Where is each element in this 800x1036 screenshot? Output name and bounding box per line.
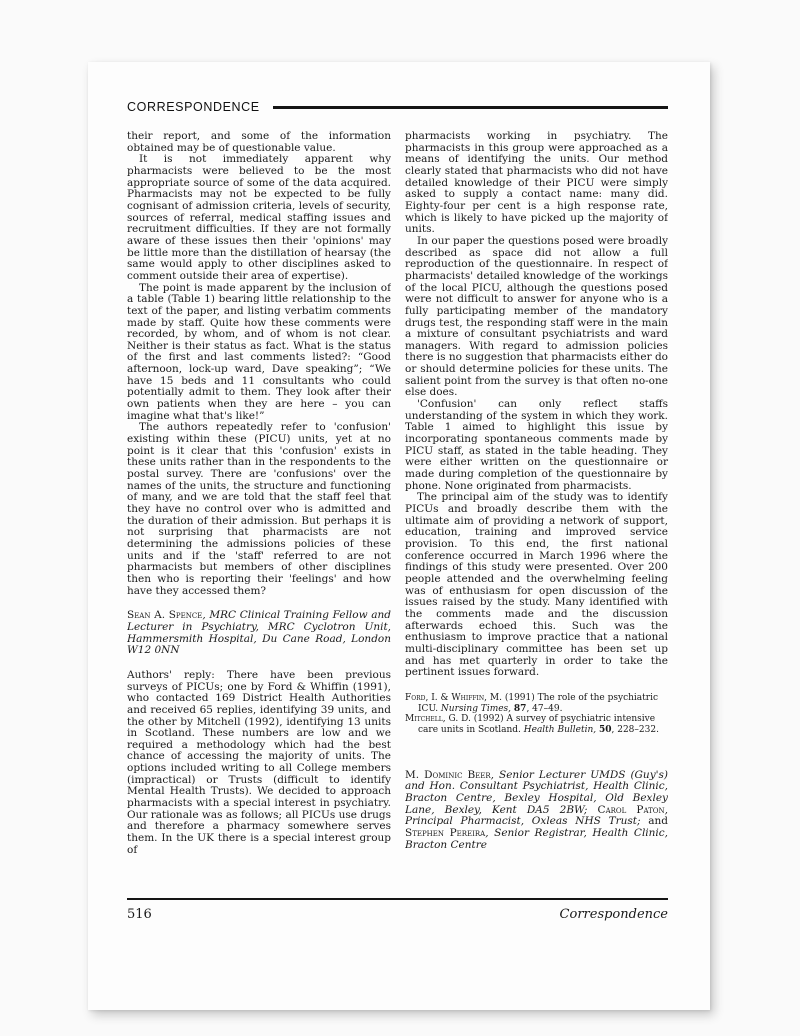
author-signature: Sean A. Spence, MRC Clinical Training Fe… — [127, 610, 391, 657]
author-name: Sean A. Spence — [127, 609, 202, 621]
reference-authors: Ford, I. & Whiffin, M. — [405, 693, 502, 703]
reference-journal: Nursing Times, — [441, 704, 514, 714]
footer-rule — [127, 898, 668, 900]
journal-page: CORRESPONDENCE their report, and some of… — [88, 62, 710, 1010]
author-name: M. Dominic Beer — [405, 769, 491, 781]
reference-list: Ford, I. & Whiffin, M. (1991) The role o… — [405, 693, 668, 736]
paragraph: The authors repeatedly refer to 'confusi… — [127, 422, 391, 597]
section-title: CORRESPONDENCE — [127, 100, 260, 114]
running-title: Correspondence — [560, 907, 668, 922]
conjunction-text: and — [648, 815, 668, 827]
paragraph: In our paper the questions posed were br… — [405, 236, 668, 399]
header-rule — [273, 106, 668, 109]
paragraph: 'Confusion' can only reflect staffs unde… — [405, 399, 668, 492]
left-column: their report, and some of the informatio… — [127, 131, 391, 905]
paragraph: It is not immediately apparent why pharm… — [127, 154, 391, 282]
author-name: Stephen Pereira — [405, 827, 485, 839]
right-column: pharmacists working in psychiatry. The p… — [405, 131, 668, 905]
reference-volume: 50 — [599, 725, 612, 735]
authors-signature: M. Dominic Beer, Senior Lecturer UMDS (G… — [405, 770, 668, 852]
reference-item: Ford, I. & Whiffin, M. (1991) The role o… — [405, 693, 668, 714]
page-header: CORRESPONDENCE — [127, 100, 668, 114]
paragraph: their report, and some of the informatio… — [127, 131, 391, 154]
reference-authors: Mitchell, G. D. — [405, 714, 471, 724]
paragraph: pharmacists working in psychiatry. The p… — [405, 131, 668, 236]
page-number: 516 — [127, 907, 152, 922]
authors-reply-paragraph: Authors' reply: There have been previous… — [127, 670, 391, 857]
reference-volume: 87 — [514, 704, 527, 714]
paragraph: The principal aim of the study was to id… — [405, 492, 668, 679]
reference-pages: , 228–232. — [612, 725, 659, 735]
reference-item: Mitchell, G. D. (1992) A survey of psych… — [405, 714, 668, 735]
paragraph: The point is made apparent by the inclus… — [127, 283, 391, 423]
reference-journal: Health Bulletin, — [524, 725, 599, 735]
author-name: Carol Paton — [598, 804, 665, 816]
reference-pages: , 47–49. — [526, 704, 562, 714]
